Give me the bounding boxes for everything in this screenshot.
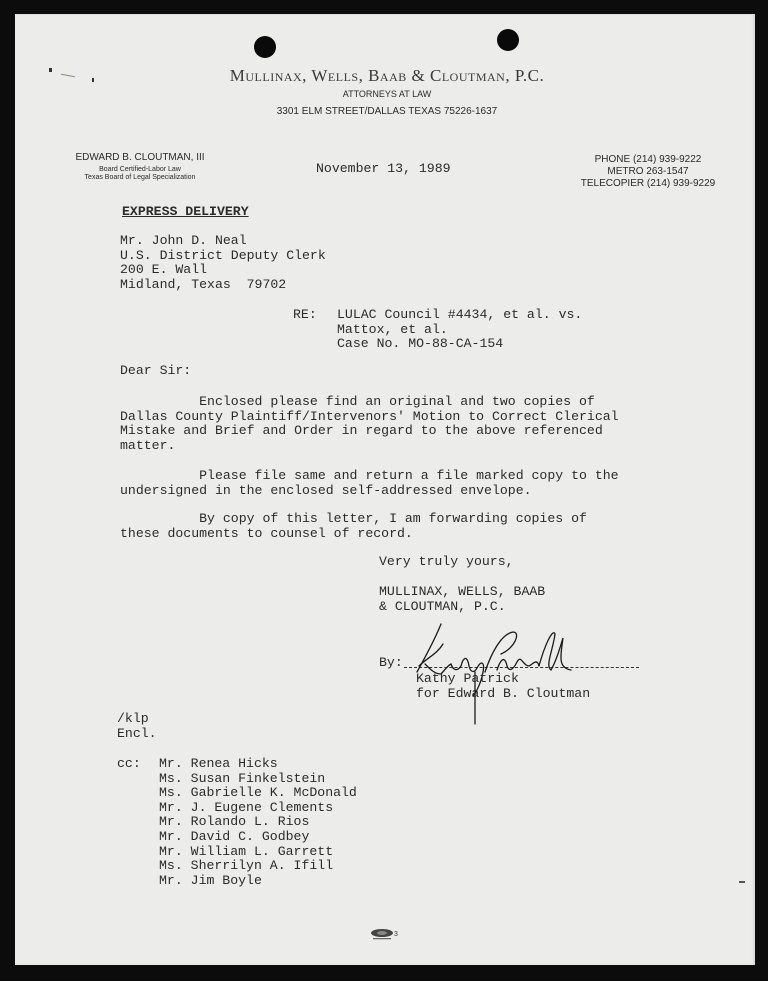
letter-page: Mullinax, Wells, Baab & Cloutman, P.C. A… <box>15 14 755 965</box>
cc-recipient: Mr. Jim Boyle <box>159 874 357 889</box>
signature-firm-line: & CLOUTMAN, P.C. <box>379 600 545 615</box>
metro: METRO 263-1547 <box>563 166 733 177</box>
cc-recipient: Mr. David C. Godbey <box>159 830 357 845</box>
delivery-method: EXPRESS DELIVERY <box>122 205 249 220</box>
signer-for: for Edward B. Cloutman <box>416 687 590 702</box>
signer-block: Kathy Patrick for Edward B. Cloutman <box>416 672 590 701</box>
body-line: By copy of this letter, I am forwarding … <box>120 512 587 527</box>
enclosure-note: Encl. <box>117 727 157 742</box>
cc-recipient: Ms. Gabrielle K. McDonald <box>159 786 357 801</box>
contact-block: PHONE (214) 939-9222 METRO 263-1547 TELE… <box>563 154 733 189</box>
cc-recipient: Mr. Renea Hicks <box>159 757 357 772</box>
signature-firm: MULLINAX, WELLS, BAAB & CLOUTMAN, P.C. <box>379 585 545 614</box>
signature-firm-line: MULLINAX, WELLS, BAAB <box>379 585 545 600</box>
attorney-name: EDWARD B. CLOUTMAN, III <box>60 152 220 163</box>
body-paragraph-2: Please file same and return a file marke… <box>120 469 619 498</box>
body-line: Please file same and return a file marke… <box>120 469 619 484</box>
re-label: RE: <box>293 308 317 323</box>
cc-recipient: Mr. Rolando L. Rios <box>159 815 357 830</box>
cc-recipient: Ms. Susan Finkelstein <box>159 772 357 787</box>
body-paragraph-1: Enclosed please find an original and two… <box>120 395 619 453</box>
stray-mark <box>739 881 745 883</box>
recipient-address: Mr. John D. Neal U.S. District Deputy Cl… <box>120 234 326 292</box>
firm-address: 3301 ELM STREET/DALLAS TEXAS 75226-1637 <box>15 106 759 117</box>
recipient-line: U.S. District Deputy Clerk <box>120 249 326 264</box>
re-line: Mattox, et al. <box>337 323 582 338</box>
body-line: these documents to counsel of record. <box>120 527 587 542</box>
reference-initials: /klp Encl. <box>117 712 157 741</box>
by-label: By: <box>379 656 403 671</box>
re-line: LULAC Council #4434, et al. vs. <box>337 308 582 323</box>
signer-name: Kathy Patrick <box>416 672 590 687</box>
attorney-block: EDWARD B. CLOUTMAN, III Board Certified-… <box>60 152 220 181</box>
valediction: Very truly yours, <box>379 555 514 570</box>
punch-hole-left <box>254 36 276 58</box>
body-line: Dallas County Plaintiff/Intervenors' Mot… <box>120 410 619 425</box>
body-line: undersigned in the enclosed self-address… <box>120 484 619 499</box>
cc-recipient: Mr. William L. Garrett <box>159 845 357 860</box>
cc-list: Mr. Renea Hicks Ms. Susan Finkelstein Ms… <box>159 757 357 888</box>
svg-text:3: 3 <box>394 931 398 938</box>
body-line: matter. <box>120 439 619 454</box>
punch-hole-right <box>497 29 519 51</box>
union-label-icon: 3 <box>367 927 403 941</box>
cc-label: cc: <box>117 757 141 772</box>
body-line: Enclosed please find an original and two… <box>120 395 619 410</box>
body-line: Mistake and Brief and Order in regard to… <box>120 424 619 439</box>
firm-name: Mullinax, Wells, Baab & Cloutman, P.C. <box>15 66 759 86</box>
recipient-line: 200 E. Wall <box>120 263 326 278</box>
firm-subtitle: ATTORNEYS AT LAW <box>15 89 759 99</box>
telecopier: TELECOPIER (214) 939-9229 <box>563 178 733 189</box>
cc-recipient: Ms. Sherrilyn A. Ifill <box>159 859 357 874</box>
attorney-board: Texas Board of Legal Specialization <box>60 174 220 181</box>
recipient-line: Midland, Texas 79702 <box>120 278 326 293</box>
re-line: Case No. MO-88-CA-154 <box>337 337 582 352</box>
body-paragraph-3: By copy of this letter, I am forwarding … <box>120 512 587 541</box>
attorney-cert: Board Certified-Labor Law <box>60 166 220 173</box>
typist-initials: /klp <box>117 712 157 727</box>
re-block: LULAC Council #4434, et al. vs. Mattox, … <box>337 308 582 352</box>
salutation: Dear Sir: <box>120 364 191 379</box>
cc-recipient: Mr. J. Eugene Clements <box>159 801 357 816</box>
recipient-line: Mr. John D. Neal <box>120 234 326 249</box>
letter-date: November 13, 1989 <box>316 162 451 177</box>
phone: PHONE (214) 939-9222 <box>563 154 733 165</box>
